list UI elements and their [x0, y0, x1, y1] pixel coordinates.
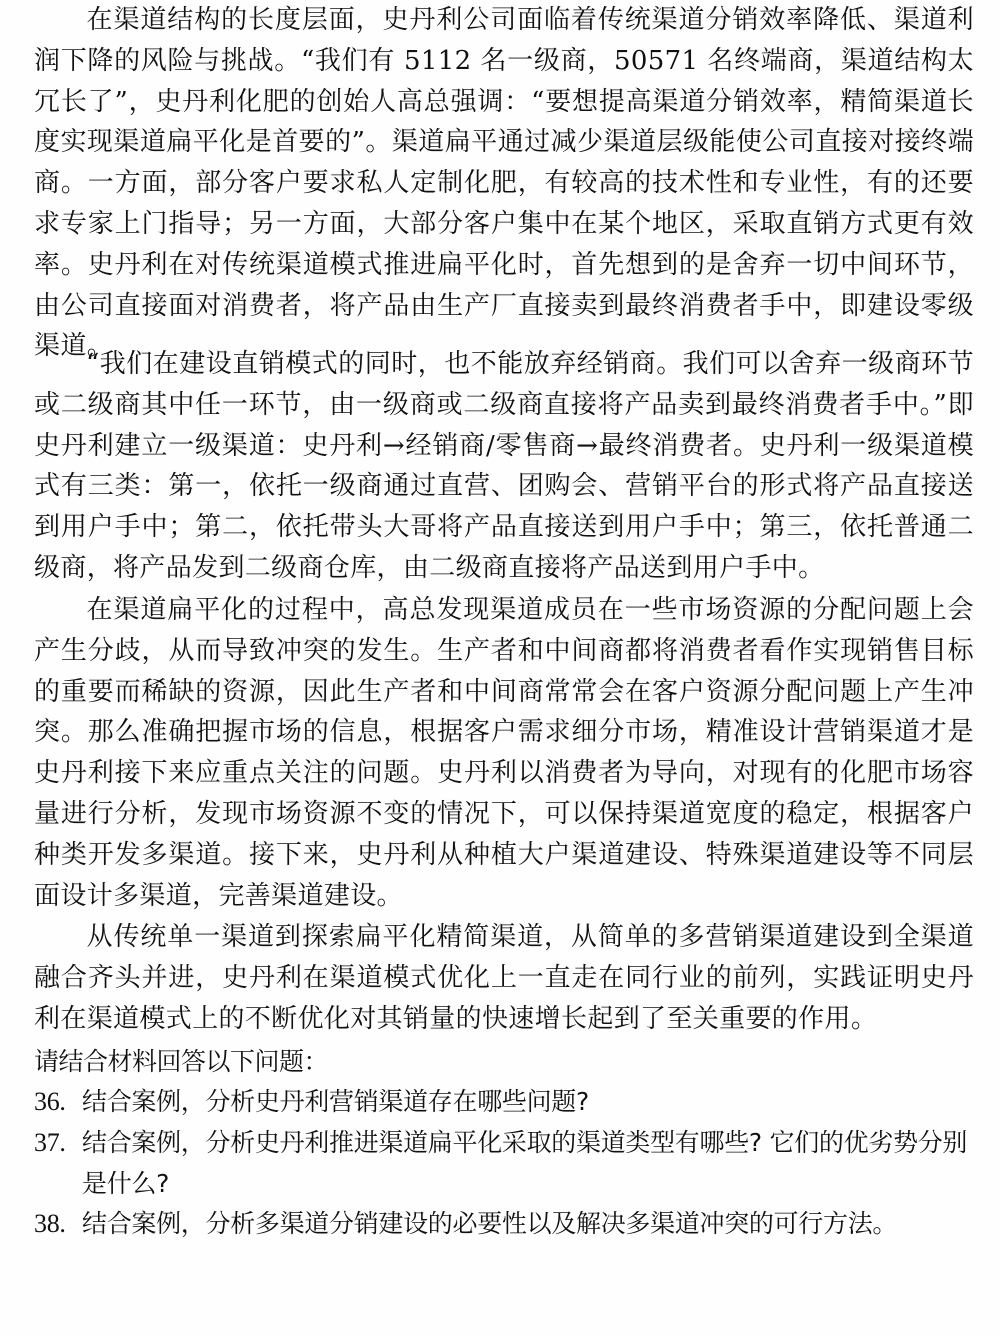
paragraph-text: 从传统单一渠道到探索扁平化精简渠道，从简单的多营销渠道建设到全渠道融合齐头并进，… [34, 922, 974, 1034]
question-text: 结合案例，分析史丹利推进渠道扁平化采取的渠道类型有哪些? 它们的优劣势分别是什么… [82, 1123, 980, 1205]
paragraph-text: 在渠道扁平化的过程中，高总发现渠道成员在一些市场资源的分配问题上会产生分歧，从而… [34, 595, 974, 911]
question-36: 36. 结合案例，分析史丹利营销渠道存在哪些问题? [34, 1082, 980, 1123]
question-37: 37. 结合案例，分析史丹利推进渠道扁平化采取的渠道类型有哪些? 它们的优劣势分… [34, 1123, 980, 1205]
question-number: 38. [34, 1204, 82, 1245]
document-page: 在渠道结构的长度层面，史丹利公司面临着传统渠道分销效率降低、渠道利润下降的风险与… [0, 0, 1000, 1336]
paragraph-channel-conflict: 在渠道扁平化的过程中，高总发现渠道成员在一些市场资源的分配问题上会产生分歧，从而… [34, 590, 974, 916]
question-number: 36. [34, 1082, 82, 1123]
paragraph-first-level-channel: “我们在建设直销模式的同时，也不能放弃经销商。我们可以舍弃一级商环节或二级商其中… [34, 344, 974, 589]
paragraph-conclusion: 从传统单一渠道到探索扁平化精简渠道，从简单的多营销渠道建设到全渠道融合齐头并进，… [34, 917, 974, 1039]
question-text: 结合案例，分析多渠道分销建设的必要性以及解决多渠道冲突的可行方法。 [82, 1204, 980, 1245]
paragraph-text: 在渠道结构的长度层面，史丹利公司面临着传统渠道分销效率降低、渠道利润下降的风险与… [34, 5, 974, 361]
question-number: 37. [34, 1123, 82, 1205]
question-38: 38. 结合案例，分析多渠道分销建设的必要性以及解决多渠道冲突的可行方法。 [34, 1204, 980, 1245]
paragraph-channel-length: 在渠道结构的长度层面，史丹利公司面临着传统渠道分销效率降低、渠道利润下降的风险与… [34, 0, 974, 367]
questions-prompt: 请结合材料回答以下问题： [34, 1042, 328, 1082]
question-text: 结合案例，分析史丹利营销渠道存在哪些问题? [82, 1082, 980, 1123]
paragraph-text: “我们在建设直销模式的同时，也不能放弃经销商。我们可以舍弃一级商环节或二级商其中… [34, 349, 974, 583]
